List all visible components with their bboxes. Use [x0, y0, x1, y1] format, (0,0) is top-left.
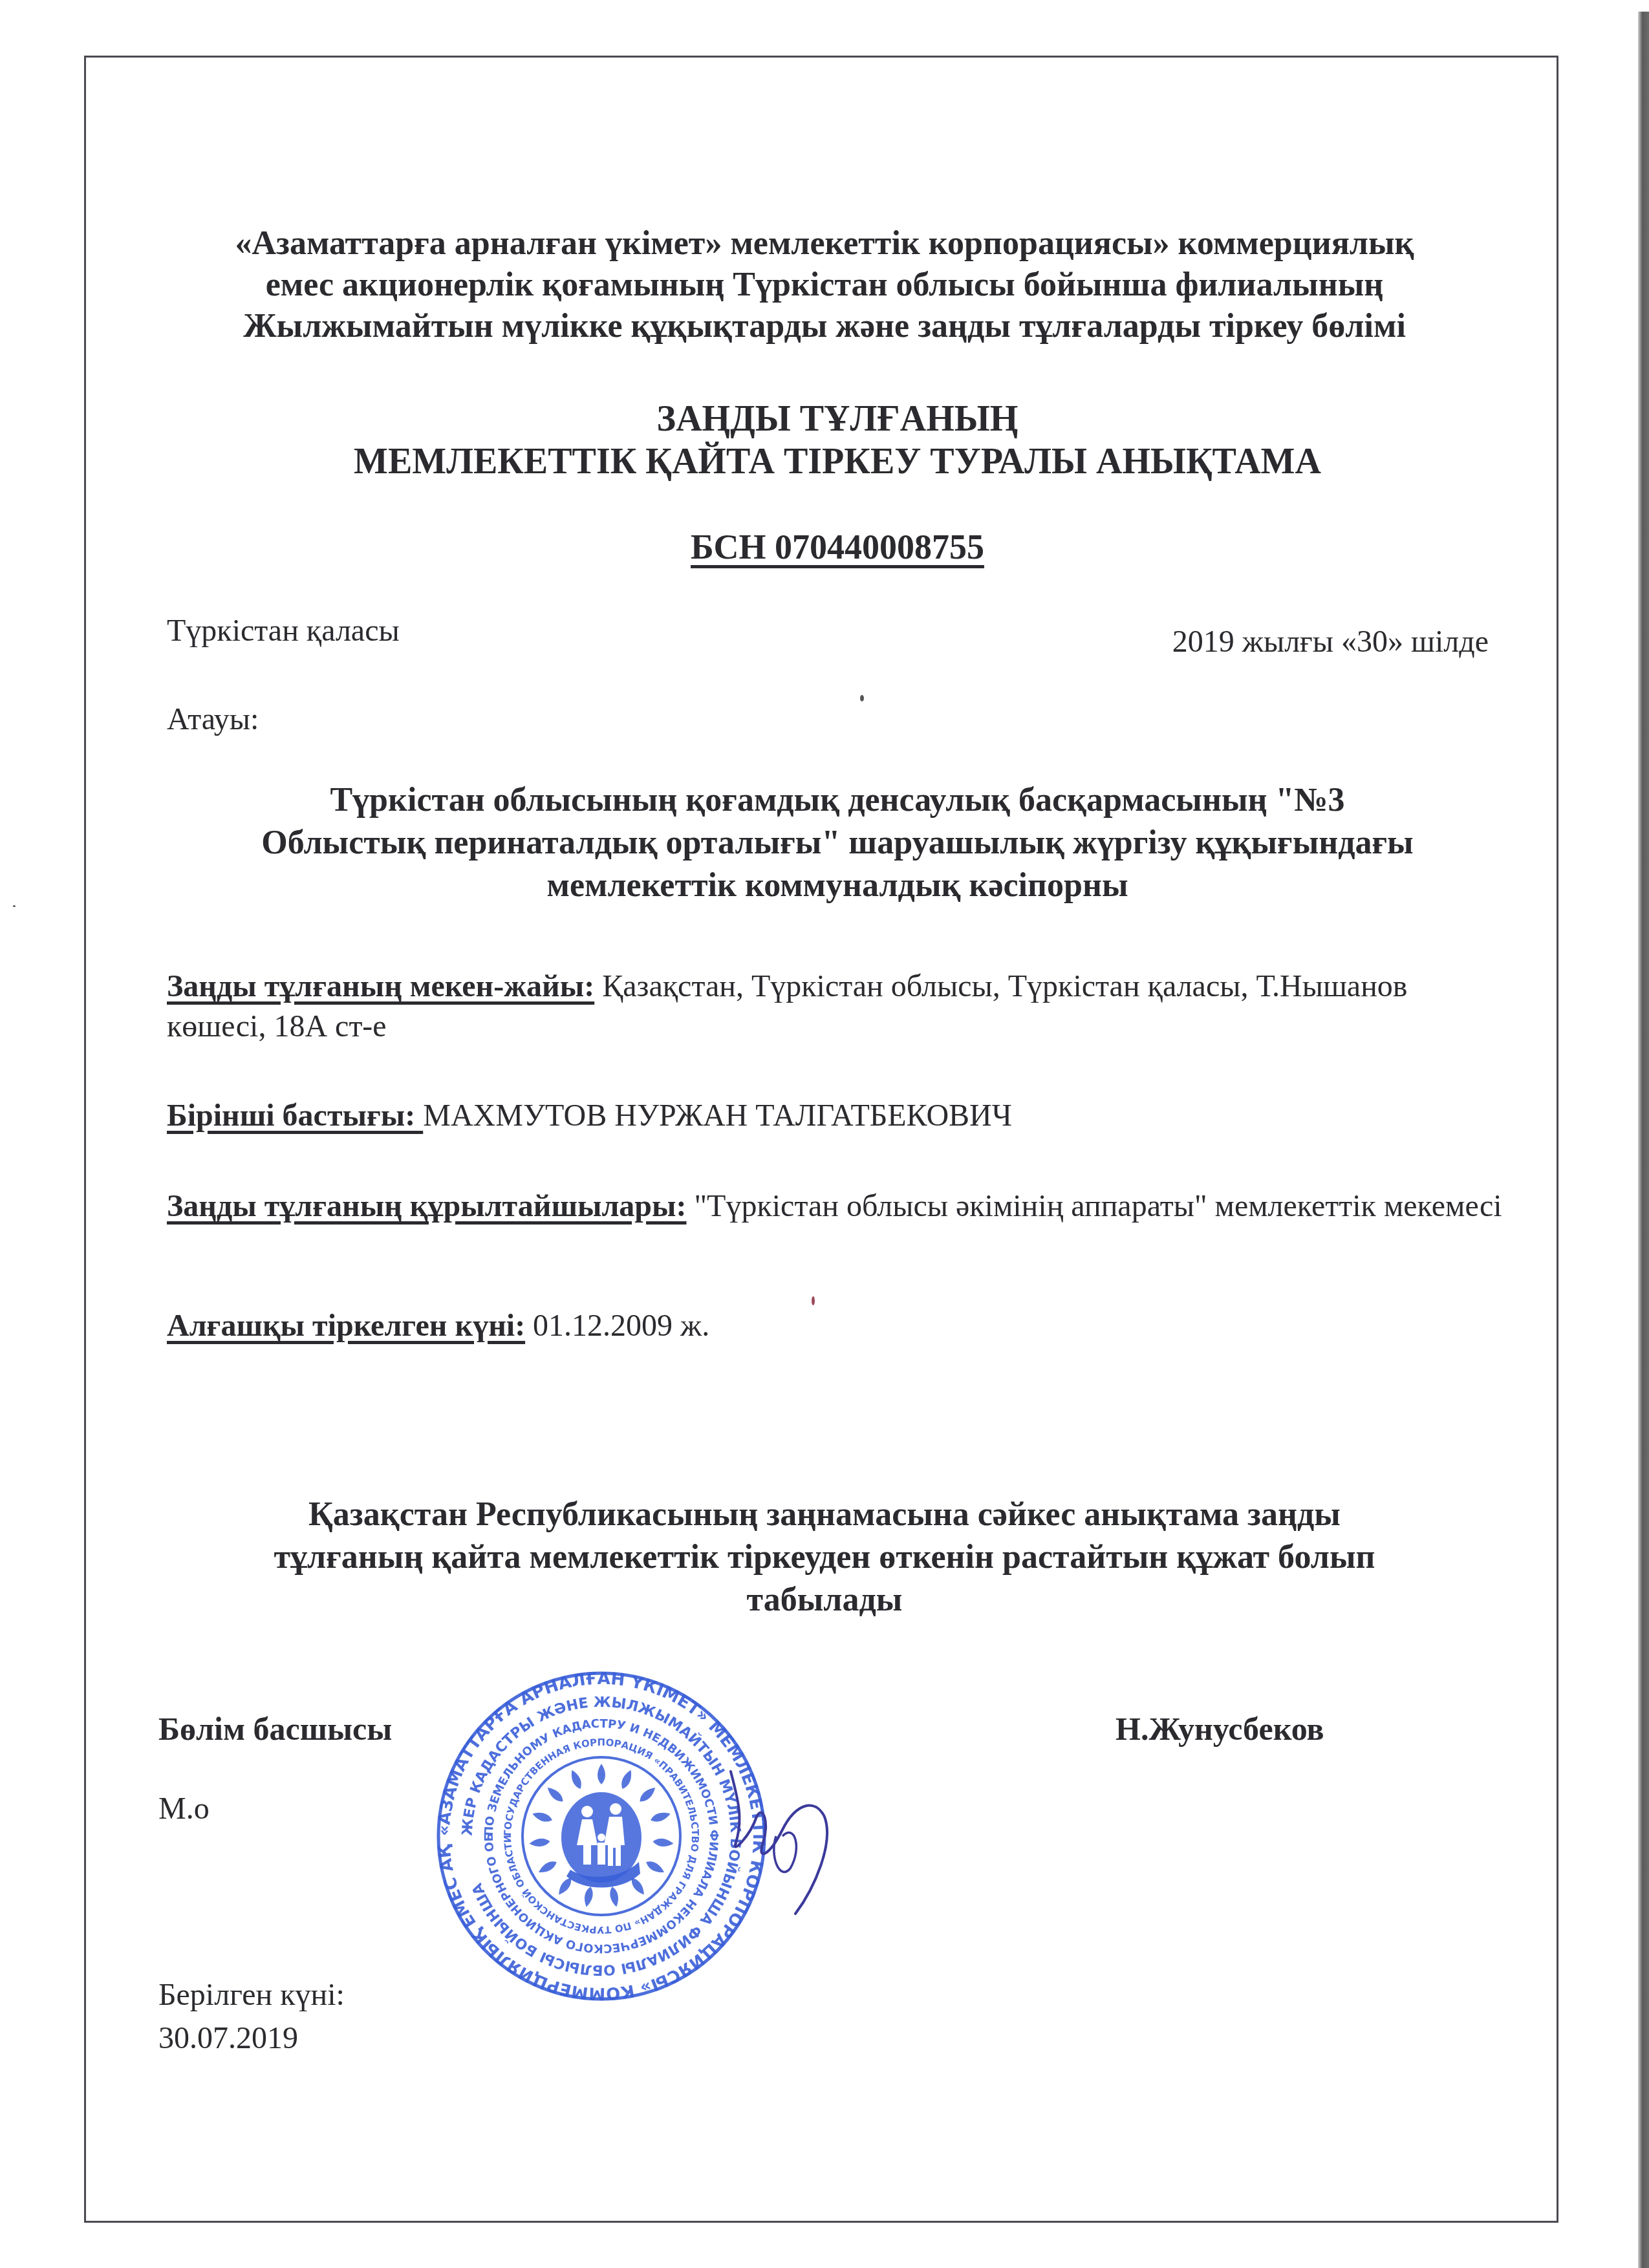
signatory-name: Н.Жунусбеков	[1115, 1710, 1324, 1748]
legal-statement-line: тұлғаның қайта мемлекеттік тіркеуден өтк…	[194, 1536, 1455, 1579]
title-line-2: МЕМЛЕКЕТТІК ҚАЙТА ТІРКЕУ ТУРАЛЫ АНЫҚТАМА	[272, 440, 1403, 483]
issuer-header-line: Жылжымайтын мүлікке құқықтарды және заңд…	[129, 306, 1520, 347]
organization-name: Түркістан облысының қоғамдық денсаулық б…	[155, 779, 1520, 907]
signature-icon	[718, 1759, 847, 1927]
organization-name-line: мемлекеттік коммуналдық кәсіпорны	[155, 864, 1520, 907]
legal-statement: Қазақстан Республикасының заңнамасына сә…	[194, 1493, 1455, 1621]
document-date: 2019 жылғы «30» шілде	[1172, 624, 1489, 659]
document-title: ЗАҢДЫ ТҰЛҒАНЫҢ МЕМЛЕКЕТТІК ҚАЙТА ТІРКЕУ …	[272, 398, 1403, 483]
field-founders-value: "Түркістан облысы әкімінің аппараты" мем…	[687, 1189, 1502, 1223]
title-line-1: ЗАҢДЫ ТҰЛҒАНЫҢ	[272, 398, 1403, 440]
field-address: Заңды тұлғаның мекен-жайы: Қазақстан, Тү…	[167, 967, 1505, 1047]
field-founders: Заңды тұлғаның құрылтайшылары: "Түркіста…	[167, 1186, 1505, 1226]
field-address-label: Заңды тұлғаның мекен-жайы:	[167, 969, 594, 1003]
field-head-value: МАХМУТОВ НУРЖАН ТАЛГАТБЕКОВИЧ	[423, 1098, 1012, 1133]
field-first-registered-label: Алғашқы тіркелген күні:	[167, 1309, 525, 1343]
family-hand-emblem-icon	[561, 1792, 641, 1888]
scan-speck	[860, 695, 864, 701]
issued-date-value: 30.07.2019	[158, 2020, 298, 2056]
legal-statement-line: табылады	[194, 1579, 1455, 1621]
field-first-registered-value: 01.12.2009 ж.	[525, 1309, 709, 1343]
field-head-label: Бірінші бастығы:	[167, 1098, 423, 1133]
issuer-header: «Азаматтарға арналған үкімет» мемлекетті…	[129, 223, 1520, 347]
legal-statement-line: Қазақстан Республикасының заңнамасына сә…	[194, 1493, 1455, 1536]
scan-speck	[13, 905, 16, 907]
scanner-edge-shadow	[1638, 12, 1649, 2268]
seal-place-label: М.о	[158, 1791, 210, 1826]
bsn-number: БСН 070440008755	[272, 527, 1403, 567]
field-head: Бірінші бастығы: МАХМУТОВ НУРЖАН ТАЛГАТБ…	[167, 1096, 1505, 1136]
place-of-issue: Түркістан қаласы	[167, 613, 400, 648]
field-first-registered: Алғашқы тіркелген күні: 01.12.2009 ж.	[167, 1306, 1505, 1346]
organization-name-line: Облыстық перинаталдық орталығы" шаруашыл…	[155, 822, 1520, 864]
scan-speck	[812, 1296, 815, 1305]
organization-name-line: Түркістан облысының қоғамдық денсаулық б…	[155, 779, 1520, 822]
name-label: Атауы:	[167, 701, 259, 737]
signatory-position: Бөлім басшысы	[158, 1710, 392, 1748]
bsn-value: БСН 070440008755	[691, 528, 984, 566]
field-founders-label: Заңды тұлғаның құрылтайшылары:	[167, 1189, 687, 1223]
issued-date-label: Берілген күні:	[158, 1977, 345, 2013]
issuer-header-line: емес акционерлік қоғамының Түркістан обл…	[129, 264, 1520, 306]
issuer-header-line: «Азаматтарға арналған үкімет» мемлекетті…	[129, 223, 1520, 264]
handwritten-signature	[718, 1759, 847, 1927]
